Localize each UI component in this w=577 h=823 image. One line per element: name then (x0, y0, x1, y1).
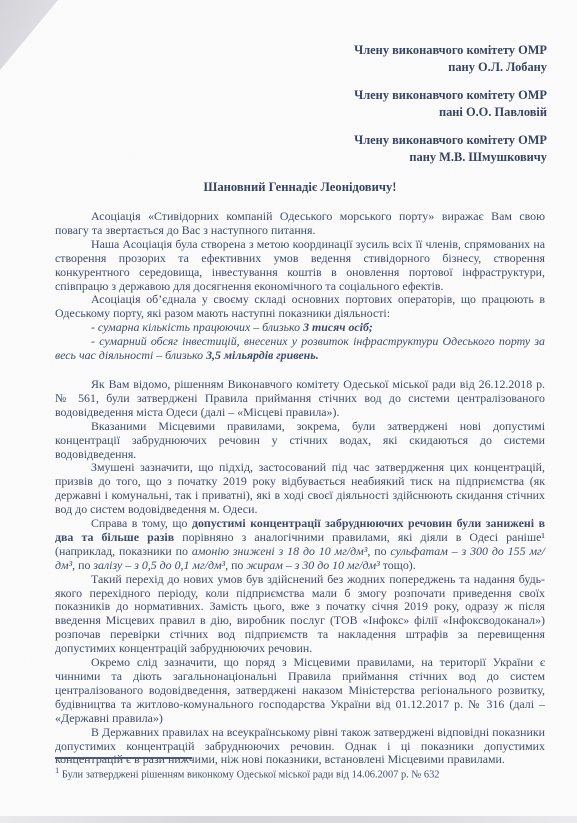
addressee-block: Члену виконавчого комітету ОМР пану О.Л.… (354, 42, 547, 177)
addressee: Члену виконавчого комітету ОМР пану М.В.… (354, 132, 547, 166)
text-run: 3,5 мільярдів гривень. (206, 348, 319, 362)
text-run: 3 тисяч осіб; (303, 320, 373, 334)
paragraph: Вказаними Місцевими правилами, зокрема, … (55, 420, 545, 462)
addressee: Члену виконавчого комітету ОМР пану О.Л.… (354, 42, 547, 76)
addressee-name: пані О.О. Павловій (354, 104, 547, 121)
text-run: амонію знижені з 18 до 10 мг/дм³ (192, 544, 367, 558)
paragraph: Асоціація «Стивідорних компаній Одеськог… (55, 210, 545, 238)
text-run: залізу – з 0,5 до 0,1 мг/дм³ (93, 558, 225, 572)
text-run: - сумарна кількість працюючих – близько (91, 320, 303, 334)
footnote: 1 Були затверджені рішенням виконкому Од… (55, 757, 545, 781)
scan-edge-artifact (0, 816, 577, 823)
text-run: Справа в тому, що (91, 516, 192, 530)
text-run: Вказаними Місцевими правилами, зокрема, … (55, 419, 545, 461)
text-run: Асоціація «Стивідорних компаній Одеськог… (55, 209, 545, 237)
text-run: , по (225, 558, 246, 572)
addressee-role: Члену виконавчого комітету ОМР (354, 132, 547, 149)
text-run: Такий перехід до нових умов був здійснен… (55, 572, 545, 656)
salutation: Шановний Геннадіє Леонідовичу! (55, 180, 545, 195)
text-run: Окремо слід зазначити, що поряд з Місцев… (55, 655, 545, 725)
paragraph: - сумарний обсяг інвестицій, внесених у … (55, 335, 545, 363)
text-run: , по (72, 558, 93, 572)
paragraph: Наша Асоціація була створена з метою коо… (55, 238, 545, 294)
text-run: Наша Асоціація була створена з метою коо… (55, 237, 545, 293)
text-run: Асоціація об’єднала у своєму складі осно… (55, 292, 545, 320)
text-run: Змушені зазначити, що підхід, застосован… (55, 460, 545, 516)
addressee-name: пану О.Л. Лобану (354, 59, 547, 76)
addressee: Члену виконавчого комітету ОМР пані О.О.… (354, 87, 547, 121)
letter-body: Асоціація «Стивідорних компаній Одеськог… (55, 210, 545, 767)
footnote-text: 1 Були затверджені рішенням виконкому Од… (55, 764, 545, 781)
text-run: Як Вам відомо, рішенням Виконавчого комі… (55, 377, 545, 419)
addressee-role: Члену виконавчого комітету ОМР (354, 87, 547, 104)
text-run: тощо). (380, 558, 416, 572)
paragraph: Справа в тому, що допустимі концентрації… (55, 517, 545, 573)
paragraph: Асоціація об’єднала у своєму складі осно… (55, 293, 545, 321)
text-run: , по (367, 544, 390, 558)
scanned-letter-page: Члену виконавчого комітету ОМР пану О.Л.… (0, 0, 577, 823)
paragraph: Змушені зазначити, що підхід, застосован… (55, 461, 545, 517)
scan-corner-artifact (0, 0, 58, 70)
paragraph: Окремо слід зазначити, що поряд з Місцев… (55, 656, 545, 726)
addressee-role: Члену виконавчого комітету ОМР (354, 42, 547, 59)
paragraph: Як Вам відомо, рішенням Виконавчого комі… (55, 378, 545, 420)
footnote-divider (55, 757, 192, 759)
paragraph-spacer (55, 363, 545, 378)
addressee-name: пану М.В. Шмушковичу (354, 149, 547, 166)
text-run: жирам – з 30 до 10 мг/дм³ (246, 558, 379, 572)
paragraph: Такий перехід до нових умов був здійснен… (55, 573, 545, 656)
paragraph: - сумарна кількість працюючих – близько … (55, 321, 545, 335)
